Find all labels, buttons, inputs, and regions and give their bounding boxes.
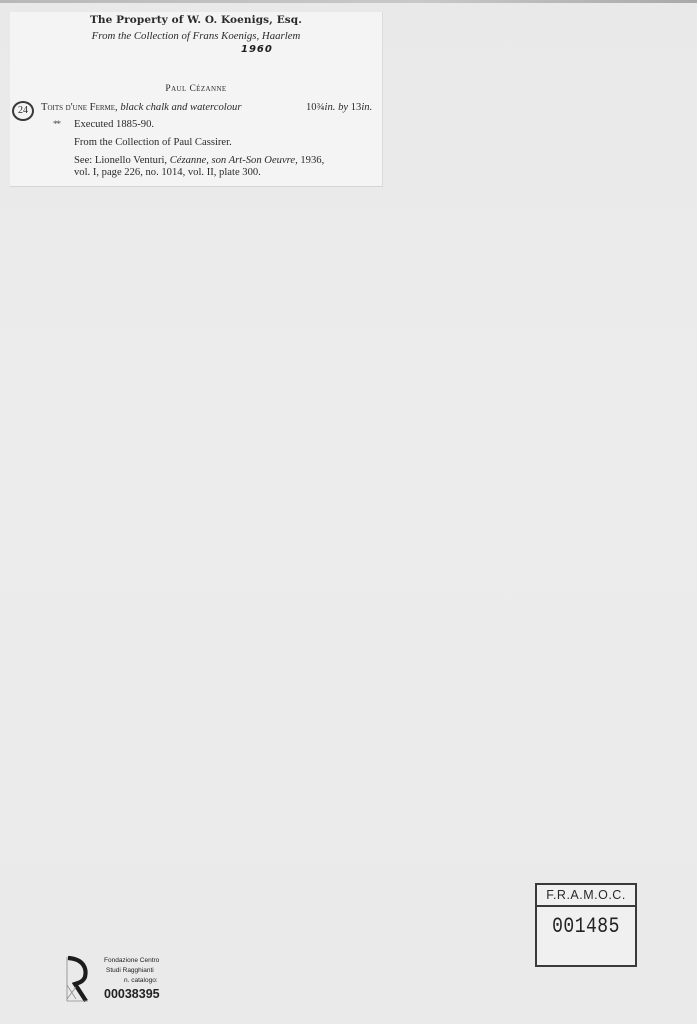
artwork-title: Toits d'une Ferme, (41, 102, 118, 113)
catalog-number: 00038395 (104, 986, 160, 1002)
artwork-title-line: Toits d'une Ferme, black chalk and water… (41, 102, 241, 113)
page-top-edge (0, 0, 697, 3)
handwritten-year: 1960 (241, 44, 273, 55)
catalog-label: n. catalogo: (104, 976, 160, 986)
property-line: The Property of W. O. Koenigs, Esq. (10, 14, 382, 26)
fondazione-label: Fondazione Centro Studi Ragghianti n. ca… (104, 956, 160, 1002)
artist-name: Paul Cézanne (10, 84, 382, 94)
fondazione-logo-icon (66, 955, 90, 1003)
collection-line: From the Collection of Frans Koenigs, Ha… (10, 30, 382, 42)
execution-date: Executed 1885-90. (74, 119, 154, 130)
framoc-stamp-header: F.R.A.M.O.C. (537, 885, 635, 907)
framoc-stamp-number: 001485 (537, 915, 635, 940)
literature-line-2: vol. I, page 226, no. 1014, vol. II, pla… (74, 167, 261, 178)
catalogue-slip: The Property of W. O. Koenigs, Esq. From… (10, 12, 383, 187)
provenance-line: From the Collection of Paul Cassirer. (74, 137, 232, 148)
literature-line-1: See: Lionello Venturi, Cézanne, son Art-… (74, 155, 324, 166)
lot-number-circled: 24 (12, 101, 34, 121)
artwork-dimensions: 10¾in. by 13in. (306, 102, 372, 113)
fondazione-name-line2: Studi Ragghianti (104, 966, 160, 976)
artwork-medium: black chalk and watercolour (120, 102, 241, 113)
framoc-stamp: F.R.A.M.O.C. 001485 (535, 883, 637, 967)
asterisk-mark-icon: ** (53, 119, 60, 129)
fondazione-name-line1: Fondazione Centro (104, 956, 160, 966)
